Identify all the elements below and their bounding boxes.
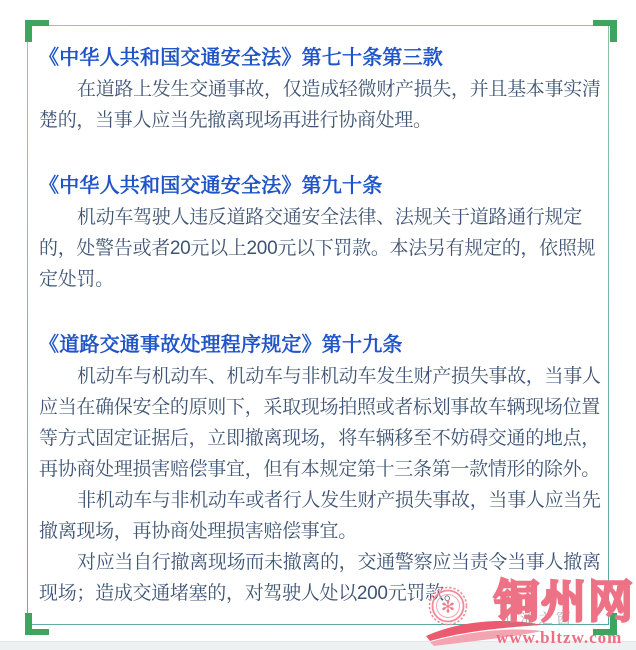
law-section-3: 《道路交通事故处理程序规定》第十九条 机动车与机动车、机动车与非机动车发生财产损… bbox=[39, 329, 602, 609]
document-frame: 《中华人共和国交通安全法》第七十条第三款 在道路上发生交通事故，仅造成轻微财产损… bbox=[27, 25, 609, 625]
document-content: 《中华人共和国交通安全法》第七十条第三款 在道路上发生交通事故，仅造成轻微财产损… bbox=[28, 26, 608, 624]
section-heading: 《道路交通事故处理程序规定》第十九条 bbox=[39, 329, 602, 361]
section-heading: 《中华人共和国交通安全法》第九十条 bbox=[39, 170, 602, 202]
corner-bracket-top-left bbox=[25, 20, 49, 42]
law-section-1: 《中华人共和国交通安全法》第七十条第三款 在道路上发生交通事故，仅造成轻微财产损… bbox=[39, 42, 602, 136]
section-paragraph: 机动车与机动车、机动车与非机动车发生财产损失事故，当事人应当在确保安全的原则下，… bbox=[39, 361, 602, 485]
corner-bracket-bottom-left bbox=[25, 613, 49, 635]
svg-text:✻: ✻ bbox=[441, 598, 455, 617]
site-watermark: ✻ 北流之窗 铜州网 www.bltzw.com bbox=[424, 578, 636, 650]
watermark-url: www.bltzw.com bbox=[496, 628, 622, 648]
section-paragraph: 机动车驾驶人违反道路交通安全法律、法规关于道路通行规定的，处警告或者20元以上2… bbox=[39, 202, 602, 295]
section-paragraph: 在道路上发生交通事故，仅造成轻微财产损失，并且基本事实清楚的，当事人应当先撤离现… bbox=[39, 74, 602, 136]
corner-bracket-top-right bbox=[593, 20, 617, 42]
watermark-brand: 铜州网 bbox=[494, 578, 636, 626]
law-section-2: 《中华人共和国交通安全法》第九十条 机动车驾驶人违反道路交通安全法律、法规关于道… bbox=[39, 170, 602, 295]
page: { "doc": { "sections": [ { "heading": "《… bbox=[0, 0, 636, 650]
section-heading: 《中华人共和国交通安全法》第七十条第三款 bbox=[39, 42, 602, 74]
section-paragraph: 非机动车与非机动车或者行人发生财产损失事故，当事人应当先撤离现场，再协商处理损害… bbox=[39, 485, 602, 547]
